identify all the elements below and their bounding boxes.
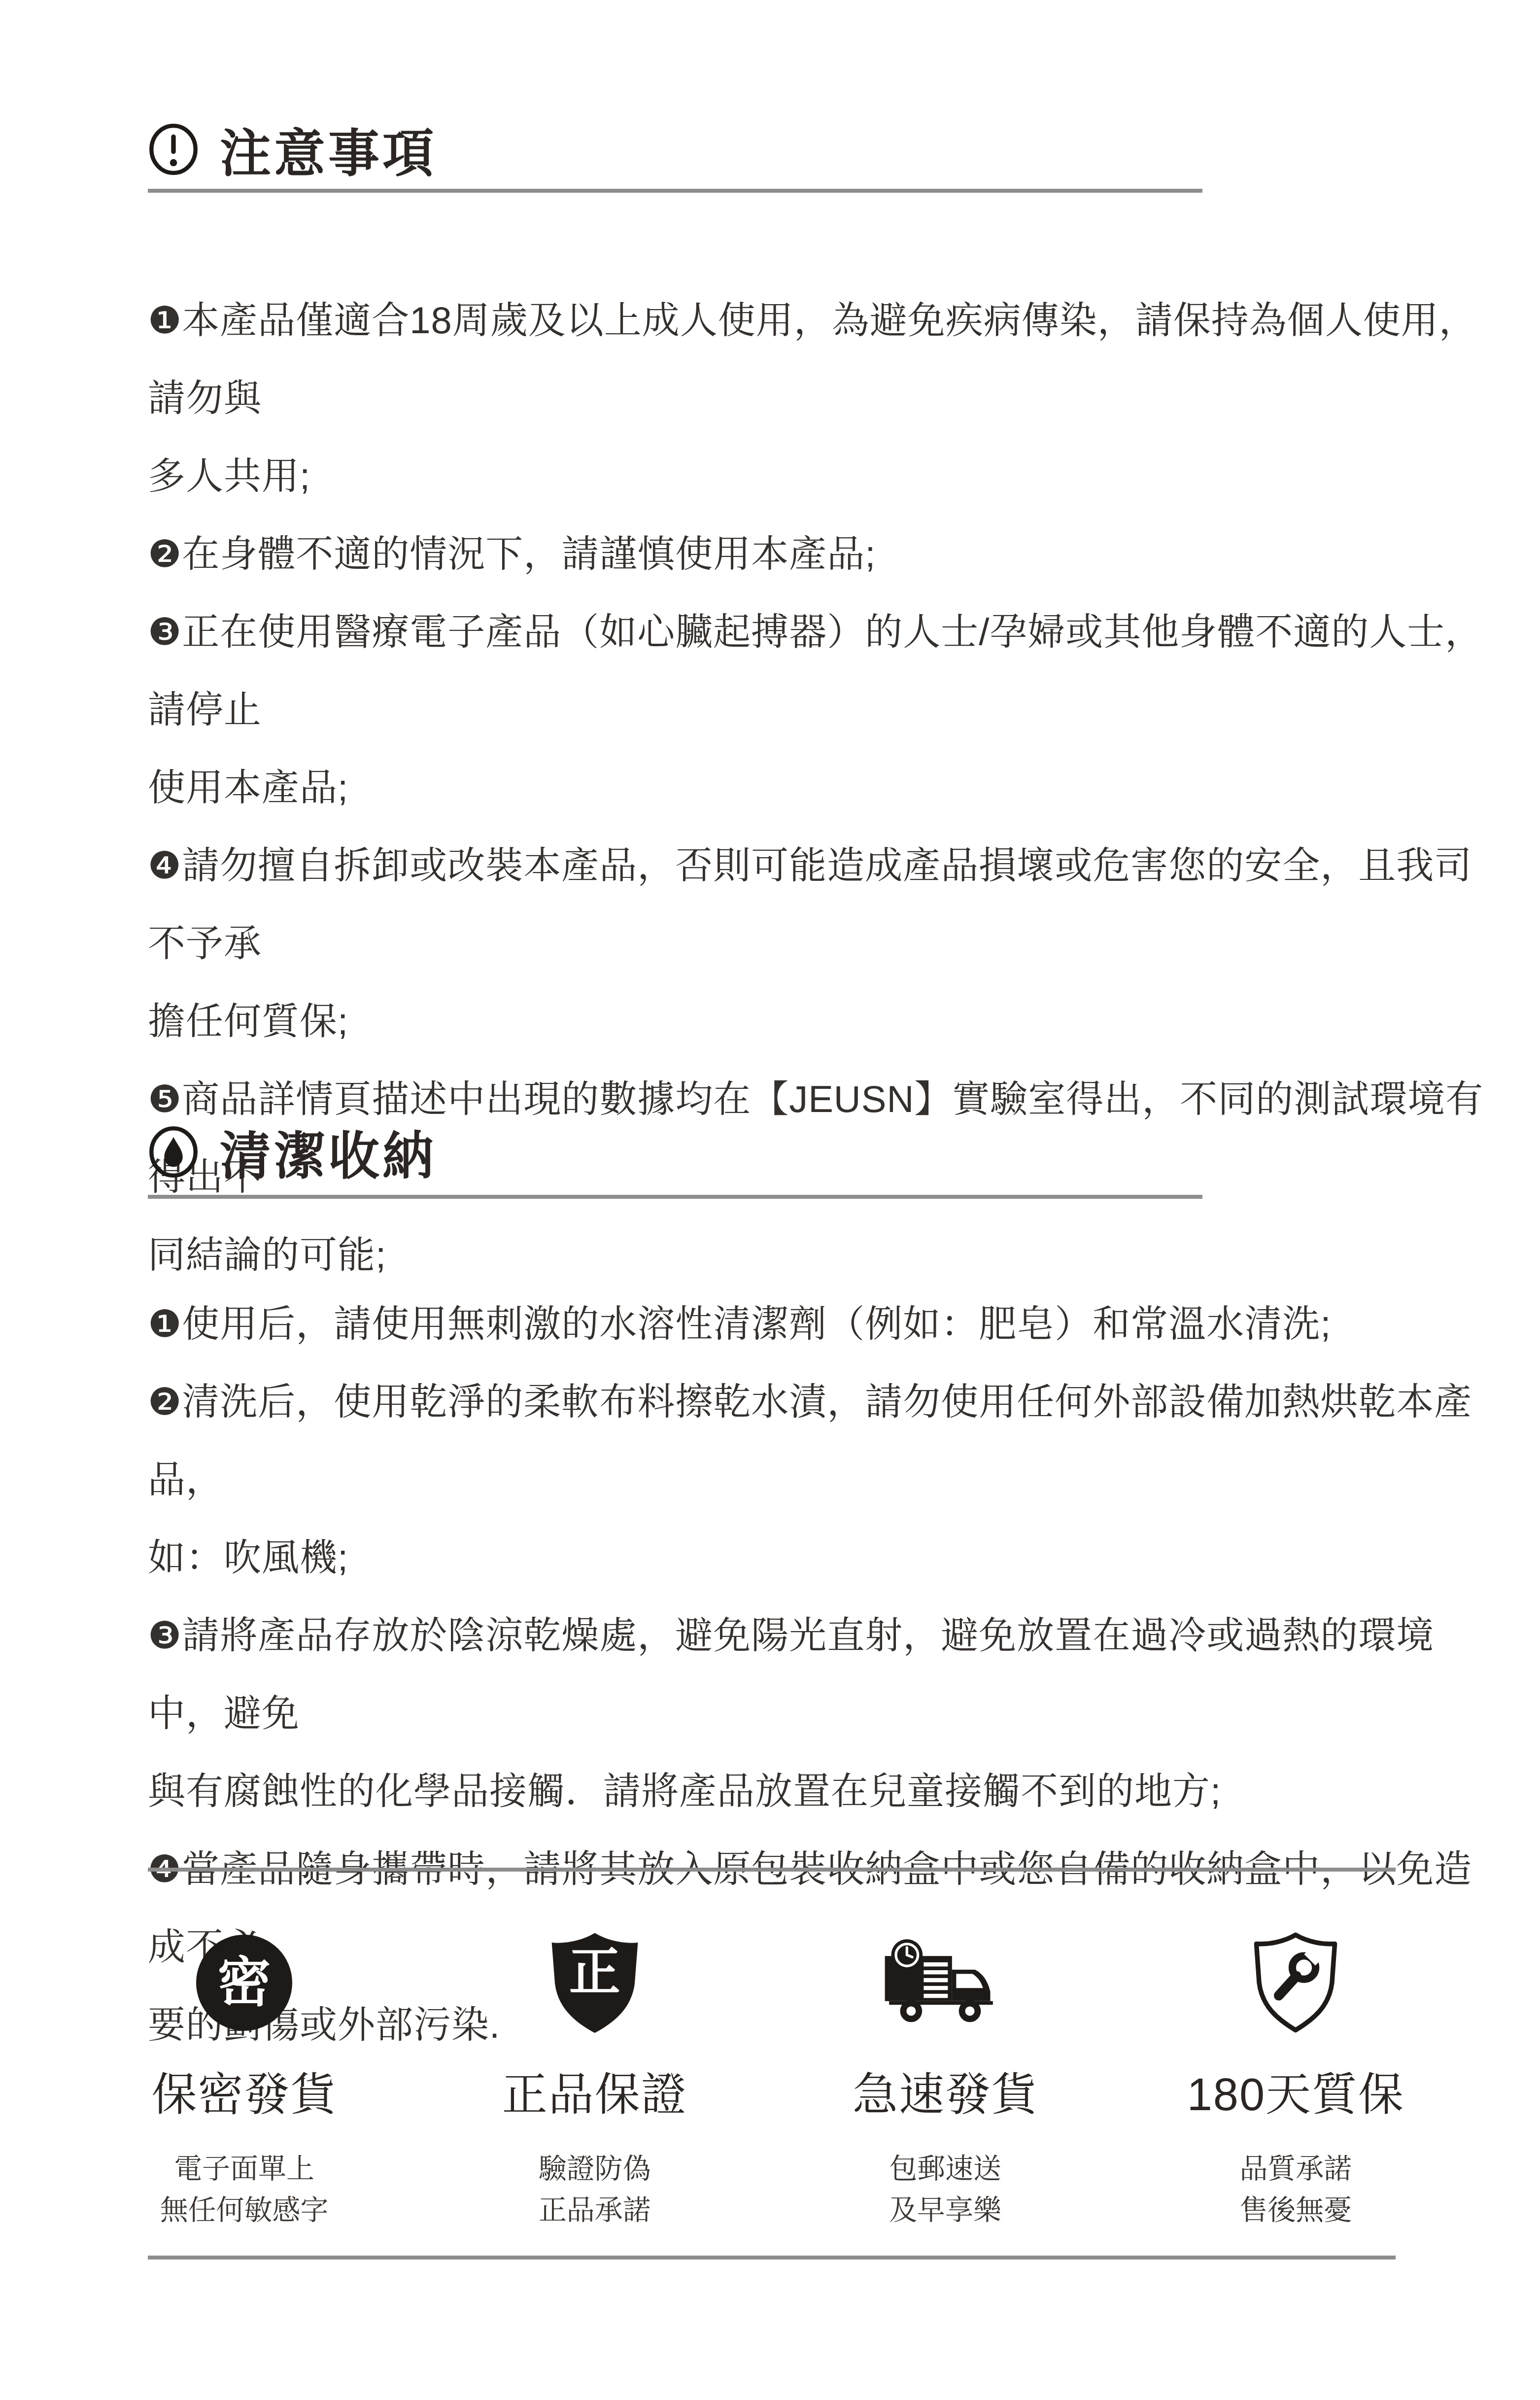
product-notice-page: { "page": { "background": "#ffffff", "te…	[0, 0, 1540, 2400]
cleaning-item: ❷清洗后，使用乾淨的柔軟布料擦乾水漬，請勿使用任何外部設備加熱烘乾本產品， 如：…	[148, 1363, 1503, 1597]
delivery-truck-icon	[880, 1939, 1011, 2026]
badge-subtext: 驗證防偽 正品承諾	[539, 2148, 651, 2231]
badge-title: 急速發貨	[853, 2058, 1038, 2123]
badge-warranty-180: 180天質保 品質承諾 售後無憂	[1121, 1930, 1471, 2231]
badge-subtext: 品質承諾 售後無憂	[1239, 2148, 1352, 2231]
seal-character: 密	[218, 1956, 271, 2009]
water-drop-circle-icon	[148, 1124, 199, 1180]
badge-subtext: 電子面單上 無任何敏感字	[160, 2148, 329, 2231]
warranty-shield-wrench-icon	[1245, 1929, 1346, 2036]
badge-authenticity: 正 正品保證 驗證防偽 正品承諾	[419, 1930, 770, 2231]
cleaning-section-header: 清潔收納	[148, 1115, 437, 1189]
section-divider	[148, 1195, 1202, 1199]
section-divider	[148, 189, 1202, 193]
badge-subtext: 包郵速送 及早享樂	[889, 2148, 1001, 2231]
exclamation-circle-icon	[148, 122, 199, 177]
cleaning-item: ❸請將產品存放於陰涼乾燥處，避免陽光直射，避免放置在過冷或過熱的環境中，避免 與…	[148, 1597, 1503, 1831]
section-title: 清潔收納	[220, 1115, 437, 1189]
notice-item: ❷在身體不適的情況下，請謹慎使用本產品;	[148, 516, 1503, 593]
section-title: 注意事項	[220, 112, 437, 186]
badge-title: 正品保證	[502, 2058, 687, 2123]
service-badges-row: 密 保密發貨 電子面單上 無任何敏感字 正 正品保證 驗證防偽 正品承諾	[69, 1930, 1471, 2231]
seal-character: 正	[546, 1947, 644, 1998]
badge-fast-shipping: 急速發貨 包郵速送 及早享樂	[770, 1930, 1121, 2231]
badge-title: 180天質保	[1187, 2058, 1405, 2123]
footer-top-divider	[148, 1868, 1396, 1872]
notice-item: ❶本產品僅適合18周歲及以上成人使用，為避免疾病傳染，請保持為個人使用，請勿與 …	[148, 282, 1503, 516]
secrecy-seal-icon: 密	[196, 1935, 292, 2031]
badge-secrecy-shipping: 密 保密發貨 電子面單上 無任何敏感字	[69, 1930, 419, 2231]
notice-item: ❸正在使用醫療電子產品（如心臟起搏器）的人士/孕婦或其他身體不適的人士，請停止 …	[148, 593, 1503, 827]
notice-section-header: 注意事項	[148, 112, 437, 186]
cleaning-item: ❶使用后，請使用無刺激的水溶性清潔劑（例如：肥皂）和常溫水清洗;	[148, 1286, 1503, 1363]
badge-title: 保密發貨	[152, 2058, 337, 2123]
notice-item: ❹請勿擅自拆卸或改裝本產品，否則可能造成產品損壞或危害您的安全，且我司不予承 擔…	[148, 827, 1503, 1061]
authentic-shield-icon: 正	[546, 1930, 644, 2035]
footer-bottom-divider	[148, 2256, 1396, 2260]
